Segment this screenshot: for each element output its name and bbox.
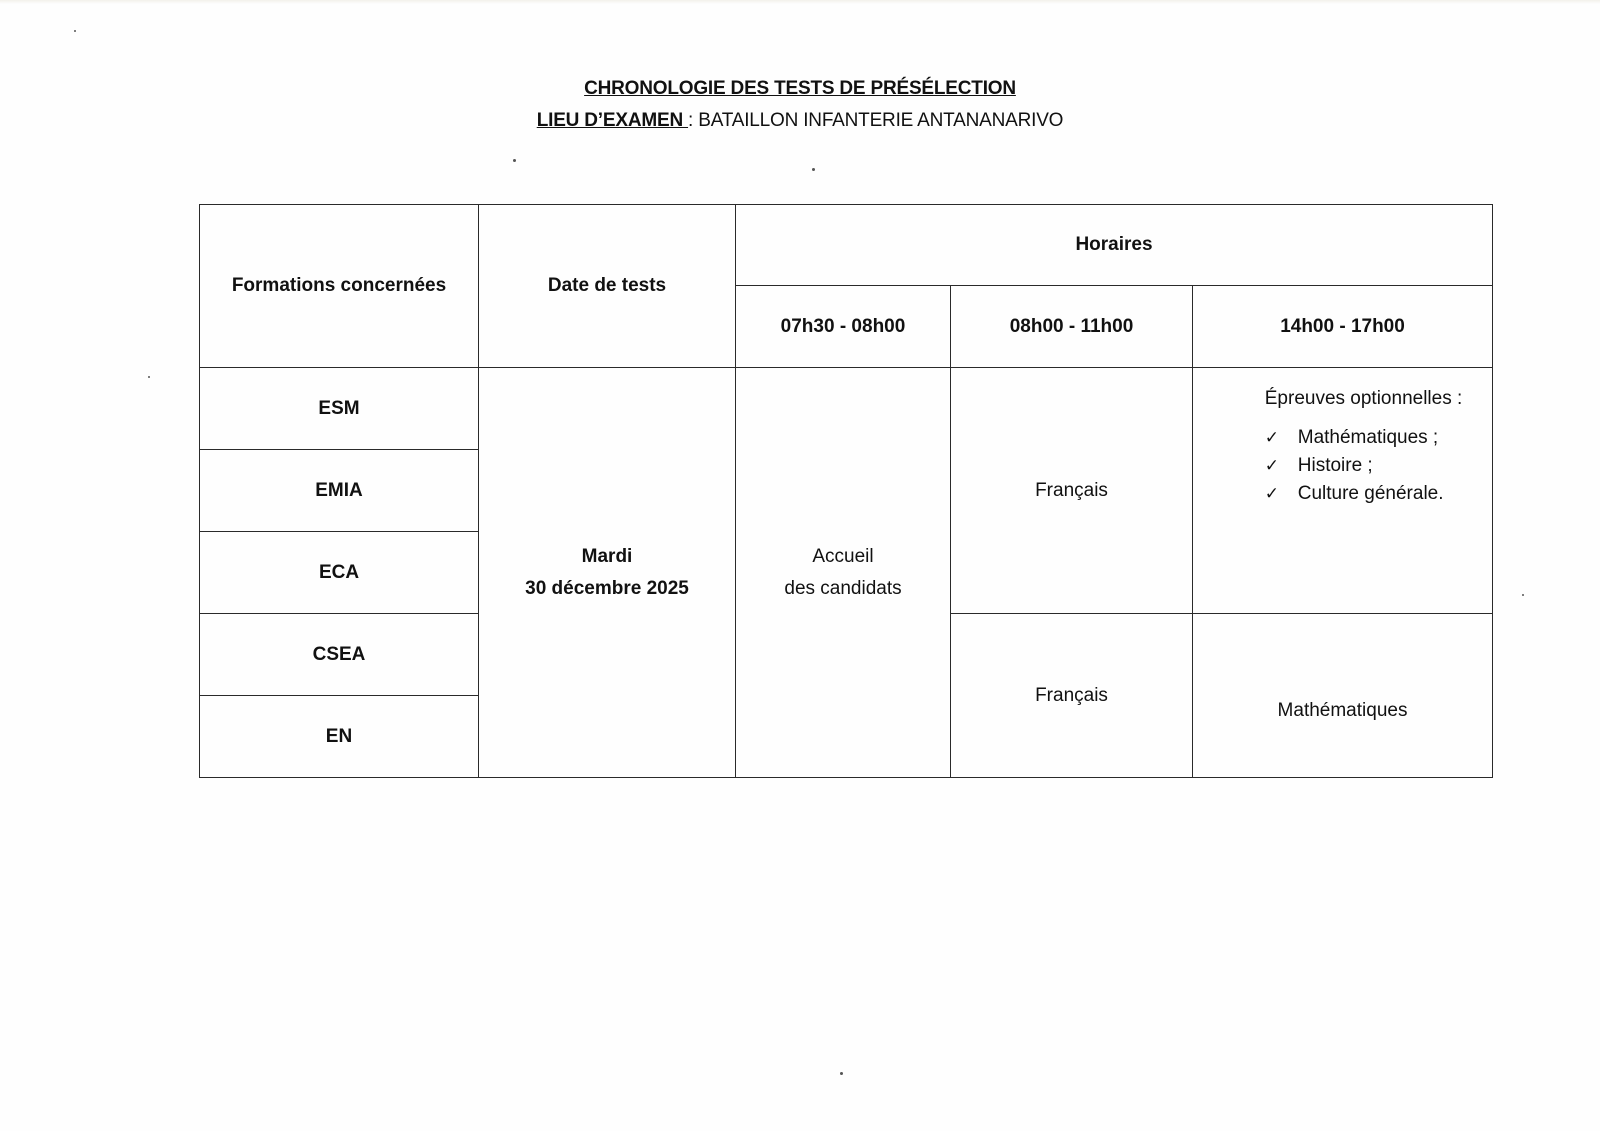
- scan-speck: [513, 159, 516, 162]
- header-slot-early: 07h30 - 08h00: [736, 286, 951, 368]
- scan-edge: [0, 0, 1600, 4]
- test-day: Mardi: [582, 546, 633, 567]
- welcome-line-1: Accueil: [812, 546, 873, 567]
- header-date: Date de tests: [479, 205, 736, 368]
- option-label: Histoire ;: [1298, 455, 1373, 476]
- list-item: ✓Culture générale.: [1265, 480, 1463, 508]
- header-slot-afternoon: 14h00 - 17h00: [1193, 286, 1493, 368]
- scan-speck: [812, 168, 815, 171]
- welcome-line-2: des candidats: [784, 578, 901, 599]
- document-title: CHRONOLOGIE DES TESTS DE PRÉSÉLECTION: [0, 78, 1600, 100]
- group-a-afternoon-tests: Épreuves optionnelles : ✓Mathématiques ;…: [1193, 368, 1493, 614]
- formation-esm: ESM: [200, 368, 479, 450]
- exam-location: LIEU D’EXAMEN : BATAILLON INFANTERIE ANT…: [0, 110, 1600, 132]
- location-label: LIEU D’EXAMEN: [537, 110, 688, 131]
- check-icon: ✓: [1265, 424, 1279, 452]
- header-slot-morning: 08h00 - 11h00: [951, 286, 1193, 368]
- list-item: ✓Mathématiques ;: [1265, 424, 1463, 452]
- check-icon: ✓: [1265, 480, 1279, 508]
- welcome-candidates: Accueil des candidats: [736, 368, 951, 778]
- formation-eca: ECA: [200, 532, 479, 614]
- test-full-date: 30 décembre 2025: [525, 578, 689, 599]
- location-separator: :: [688, 110, 698, 131]
- option-label: Culture générale.: [1298, 483, 1444, 504]
- test-date: Mardi 30 décembre 2025: [479, 368, 736, 778]
- group-b-afternoon-test: Mathématiques: [1193, 614, 1493, 778]
- optional-tests-box: Épreuves optionnelles : ✓Mathématiques ;…: [1223, 388, 1463, 508]
- group-b-morning-test: Français: [951, 614, 1193, 778]
- schedule-table: Formations concernées Date de tests Hora…: [199, 204, 1493, 778]
- scan-speck: [840, 1072, 843, 1075]
- group-a-morning-test: Français: [951, 368, 1193, 614]
- optional-tests-title: Épreuves optionnelles :: [1223, 388, 1463, 410]
- table-row: ESM Mardi 30 décembre 2025 Accueil des c…: [200, 368, 1493, 450]
- formation-en: EN: [200, 696, 479, 778]
- header-schedule: Horaires: [736, 205, 1493, 286]
- check-icon: ✓: [1265, 452, 1279, 480]
- optional-tests-list: ✓Mathématiques ; ✓Histoire ; ✓Culture gé…: [1265, 424, 1463, 508]
- list-item: ✓Histoire ;: [1265, 452, 1463, 480]
- formation-csea: CSEA: [200, 614, 479, 696]
- header-row: Formations concernées Date de tests Hora…: [200, 205, 1493, 286]
- scan-speck: [74, 30, 76, 32]
- option-label: Mathématiques ;: [1298, 427, 1438, 448]
- scan-speck: [148, 376, 150, 378]
- formation-emia: EMIA: [200, 450, 479, 532]
- header-formations: Formations concernées: [200, 205, 479, 368]
- location-value: BATAILLON INFANTERIE ANTANANARIVO: [698, 110, 1063, 131]
- scan-speck: [1522, 594, 1524, 596]
